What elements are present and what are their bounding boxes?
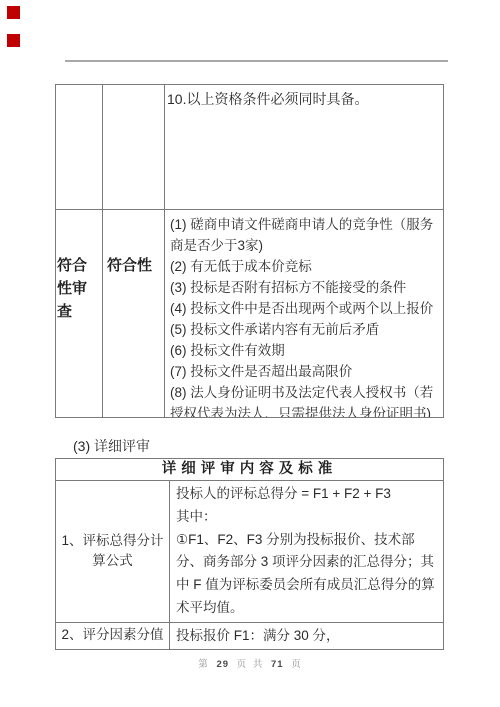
criteria-item: (1) 磋商申请文件磋商申请人的竞争性（服务商是否少于3家) <box>170 214 441 256</box>
footer-page-word: 页 <box>237 659 248 670</box>
criteria-item: (7) 投标文件是否超出最高限价 <box>170 361 441 382</box>
table2-row2-content: 投标报价 F1：满分 30 分， <box>170 623 443 649</box>
footer-of-word: 共 <box>253 659 264 670</box>
page-footer: 第 29 页 共 71 页 <box>0 656 500 670</box>
criteria-item: (4) 投标文件中是否出现两个或两个以上报价 <box>170 298 441 319</box>
footer-total-pages: 71 <box>271 659 284 670</box>
red-corner-mark-2 <box>7 34 20 47</box>
section-heading-detailed-review: (3) 详细评审 <box>73 436 150 456</box>
detailed-review-table: 详细评审内容及标准 1、评标总得分计算公式 投标人的评标总得分 = F1 + F… <box>55 458 444 650</box>
footer-suffix: 页 <box>291 659 302 670</box>
table1-row1-col2-empty <box>103 85 165 210</box>
table2-header-title: 详细评审内容及标准 <box>56 459 443 481</box>
compliance-review-table: 10.以上资格条件必须同时具备。 符合性审查 符合性 (1) 磋商申请文件磋商申… <box>55 84 444 418</box>
table1-row1-criteria-note: 10.以上资格条件必须同时具备。 <box>165 85 443 210</box>
footer-prefix: 第 <box>198 659 209 670</box>
table1-row2-category-label: 符合性审查 <box>56 210 103 417</box>
table1-row1-col1-empty <box>56 85 103 210</box>
header-rule <box>65 60 448 62</box>
table2-row1-label: 1、评标总得分计算公式 <box>56 481 170 623</box>
criteria-item: (6) 投标文件有效期 <box>170 340 441 361</box>
formula-line: ①F1、F2、F3 分别为投标报价、技术部分、商务部分 3 项评分因素的汇总得分… <box>176 529 439 620</box>
table1-row2-subcategory-label: 符合性 <box>103 210 165 417</box>
table2-row1-content: 投标人的评标总得分 = F1 + F2 + F3 其中： ①F1、F2、F3 分… <box>170 481 443 623</box>
criteria-item: (2) 有无低于成本价竞标 <box>170 256 441 277</box>
criteria-item: (8) 法人身份证明书及法定代表人授权书（若授权代表为法人，只需提供法人身份证明… <box>170 382 441 417</box>
red-corner-mark-1 <box>7 6 20 19</box>
table1-row2-criteria-list: (1) 磋商申请文件磋商申请人的竞争性（服务商是否少于3家) (2) 有无低于成… <box>165 210 443 417</box>
table2-body: 1、评标总得分计算公式 投标人的评标总得分 = F1 + F2 + F3 其中：… <box>56 481 443 649</box>
formula-line: 其中： <box>176 506 439 529</box>
criteria-item: (3) 投标是否附有招标方不能接受的条件 <box>170 277 441 298</box>
document-page: 10.以上资格条件必须同时具备。 符合性审查 符合性 (1) 磋商申请文件磋商申… <box>0 0 500 707</box>
table2-row2-label: 2、评分因素分值 <box>56 623 170 649</box>
formula-line: 投标人的评标总得分 = F1 + F2 + F3 <box>176 483 439 506</box>
criteria-item: (5) 投标文件承诺内容有无前后矛盾 <box>170 319 441 340</box>
footer-current-page: 29 <box>216 659 229 670</box>
